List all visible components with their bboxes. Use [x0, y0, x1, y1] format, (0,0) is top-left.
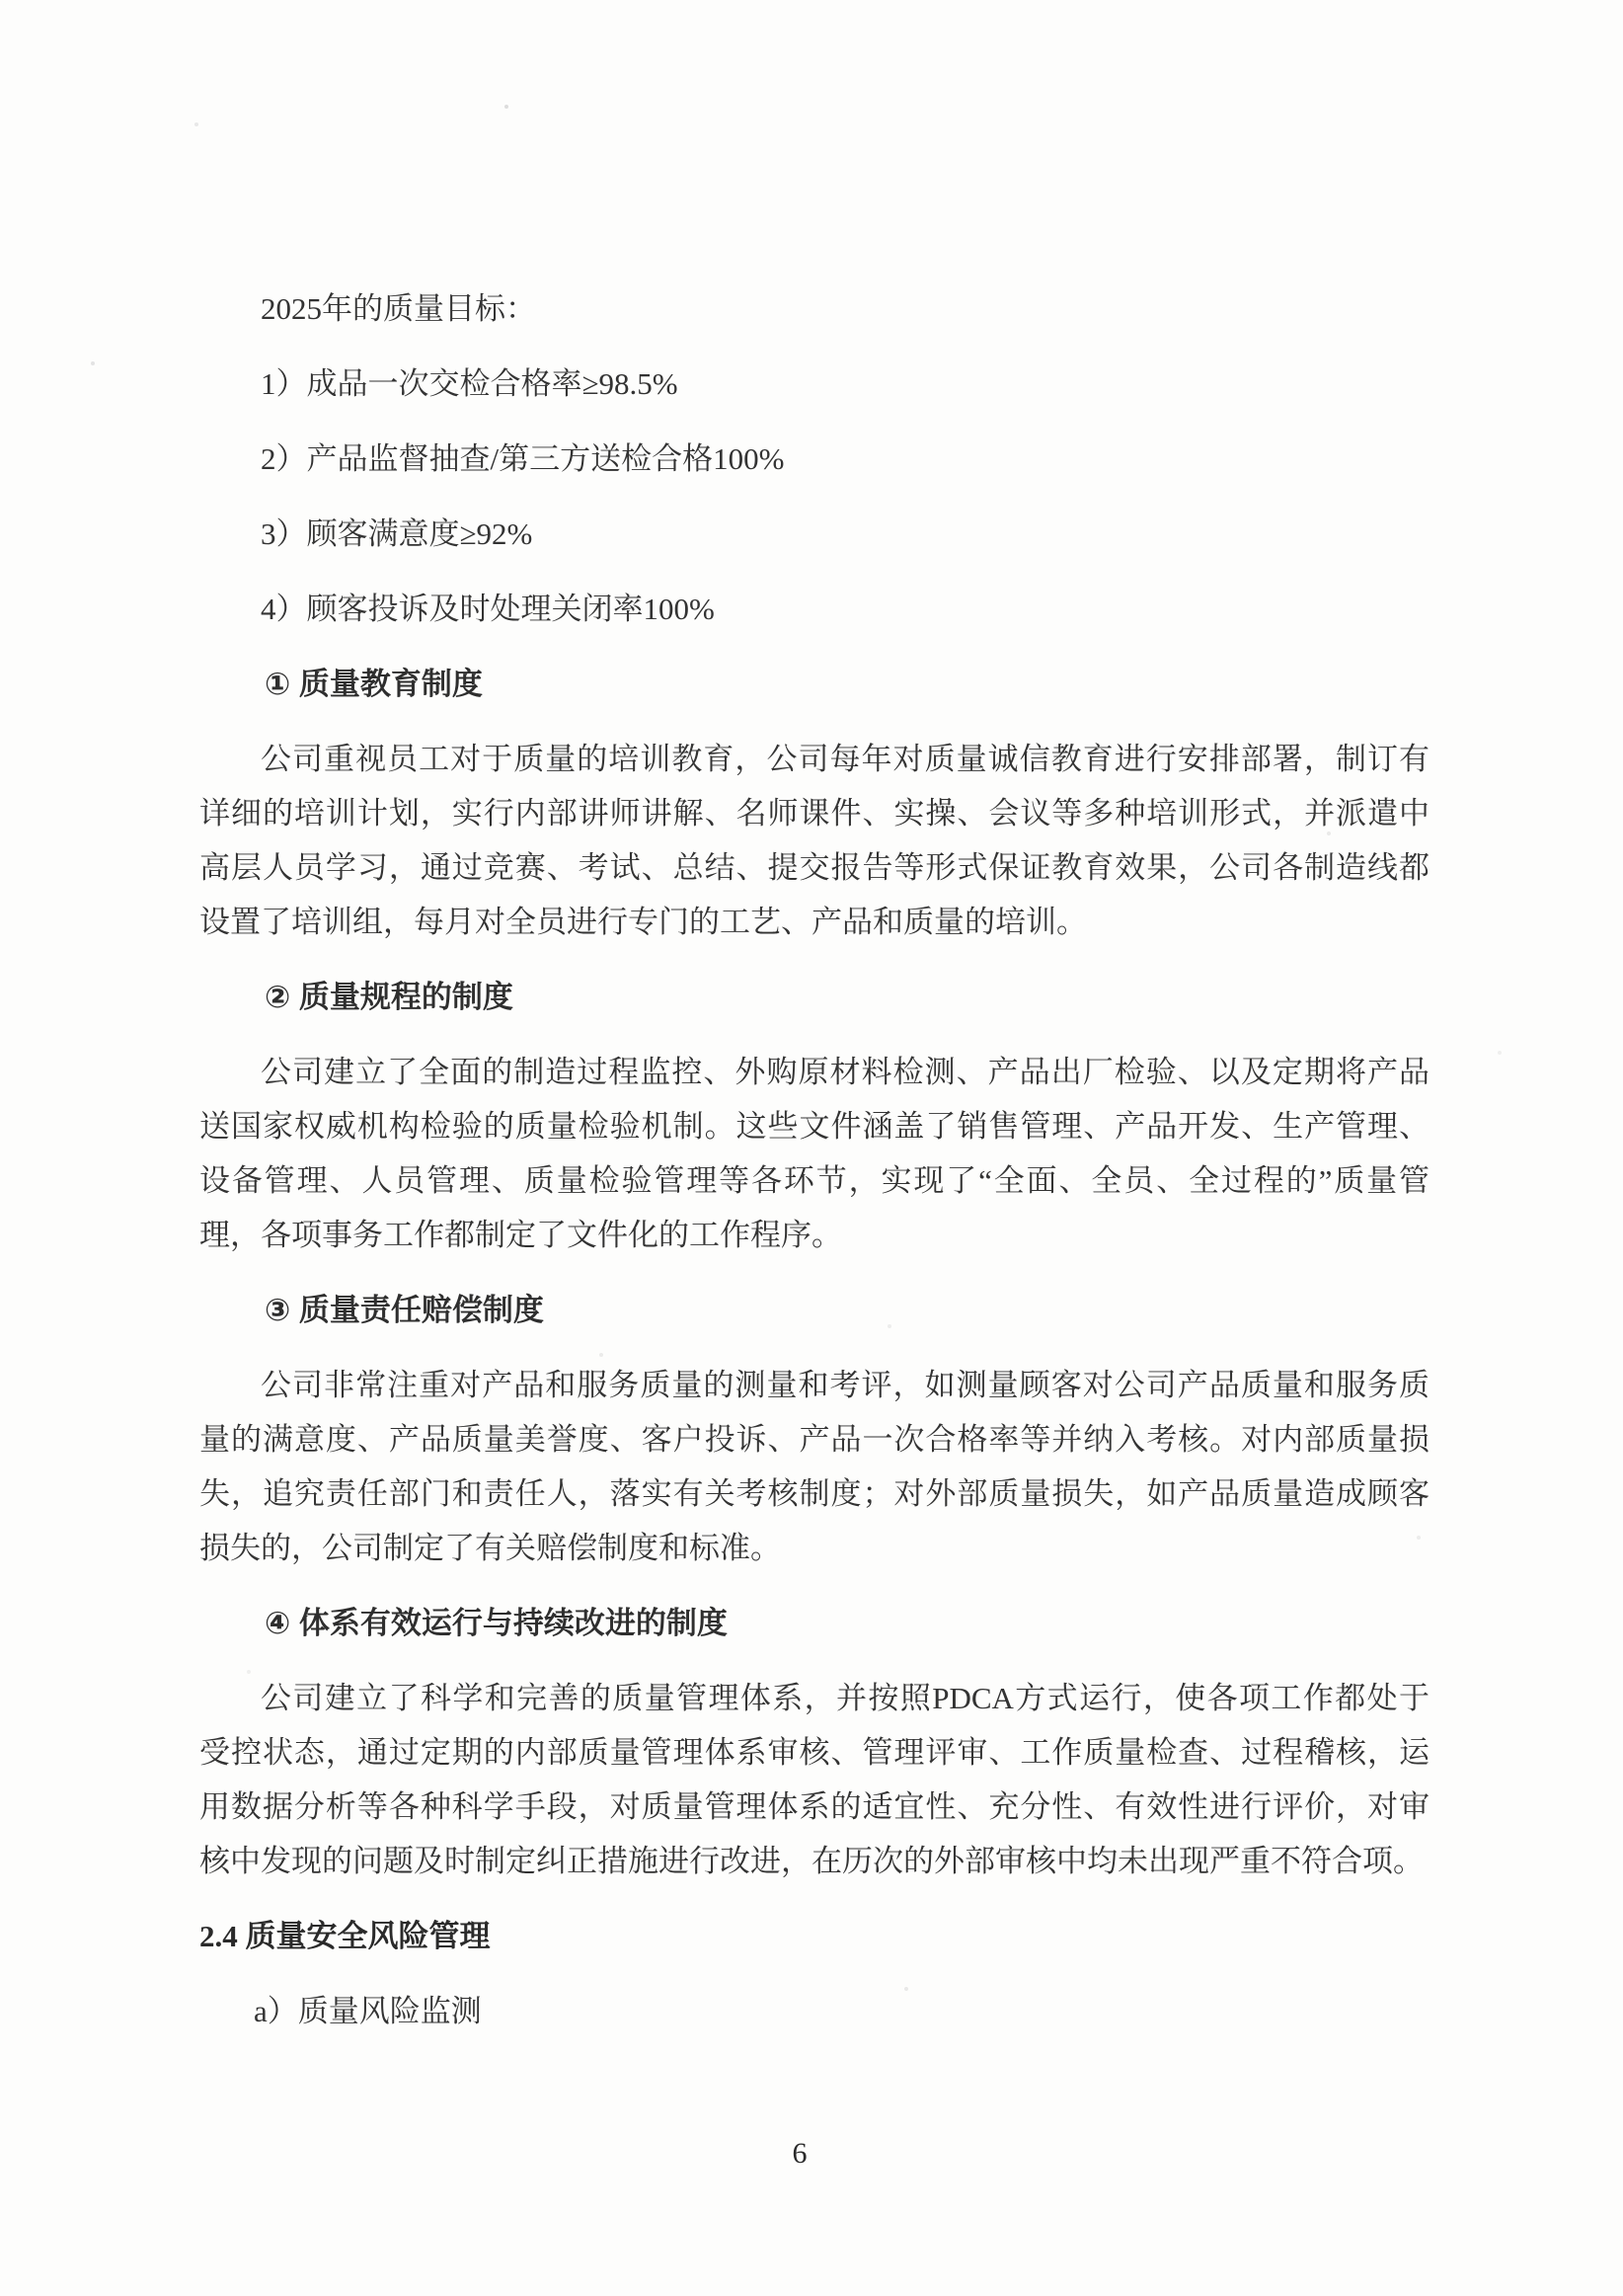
paragraph-line: 失，追究责任部门和责任人，落实有关考核制度；对外部质量损失，如产品质量造成顾客 [199, 1466, 1430, 1521]
goal-item-1: 1）成品一次交检合格率≥98.5% [199, 356, 1430, 411]
section-1-paragraph: 公司重视员工对于质量的培训教育，公司每年对质量诚信教育进行安排部署，制订有 详细… [199, 732, 1430, 949]
page-number: 6 [770, 2126, 829, 2180]
paragraph-line: 理，各项事务工作都制定了文件化的工作程序。 [199, 1208, 1430, 1262]
section-1-heading: ① 质量教育制度 [199, 657, 1430, 711]
paragraph-line: 设备管理、人员管理、质量检验管理等各环节，实现了“全面、全员、全过程的”质量管 [199, 1153, 1430, 1208]
goal-item-2: 2）产品监督抽查/第三方送检合格100% [199, 432, 1430, 486]
paragraph-line: 量的满意度、产品质量美誉度、客户投诉、产品一次合格率等并纳入考核。对内部质量损 [199, 1412, 1430, 1466]
paragraph-line: 公司建立了全面的制造过程监控、外购原材料检测、产品出厂检验、以及定期将产品 [199, 1045, 1430, 1099]
section-4-paragraph: 公司建立了科学和完善的质量管理体系，并按照PDCA方式运行，使各项工作都处于 受… [199, 1671, 1430, 1888]
paragraph-line: 高层人员学习，通过竞赛、考试、总结、提交报告等形式保证教育效果，公司各制造线都 [199, 840, 1430, 895]
document-content: 2025年的质量目标： 1）成品一次交检合格率≥98.5% 2）产品监督抽查/第… [199, 281, 1430, 2059]
paragraph-line: 公司非常注重对产品和服务质量的测量和考评，如测量顾客对公司产品质量和服务质 [199, 1358, 1430, 1412]
paragraph-line: 详细的培训计划，实行内部讲师讲解、名师课件、实操、会议等多种培训形式，并派遣中 [199, 786, 1430, 840]
paragraph-line: 受控状态，通过定期的内部质量管理体系审核、管理评审、工作质量检查、过程稽核，运 [199, 1725, 1430, 1780]
paragraph-line: 核中发现的问题及时制定纠正措施进行改进，在历次的外部审核中均未出现严重不符合项。 [199, 1834, 1430, 1888]
goal-item-4: 4）顾客投诉及时处理关闭率100% [199, 582, 1430, 636]
paragraph-line: 公司建立了科学和完善的质量管理体系，并按照PDCA方式运行，使各项工作都处于 [199, 1671, 1430, 1725]
section-4-heading: ④ 体系有效运行与持续改进的制度 [199, 1596, 1430, 1650]
document-page: 2025年的质量目标： 1）成品一次交检合格率≥98.5% 2）产品监督抽查/第… [0, 0, 1623, 2296]
paragraph-line: 用数据分析等各种科学手段，对质量管理体系的适宜性、充分性、有效性进行评价，对审 [199, 1780, 1430, 1834]
paragraph-line: 公司重视员工对于质量的培训教育，公司每年对质量诚信教育进行安排部署，制订有 [199, 732, 1430, 786]
paragraph-line: 损失的，公司制定了有关赔偿制度和标准。 [199, 1521, 1430, 1575]
section-3-paragraph: 公司非常注重对产品和服务质量的测量和考评，如测量顾客对公司产品质量和服务质 量的… [199, 1358, 1430, 1575]
paragraph-line: 送国家权威机构检验的质量检验机制。这些文件涵盖了销售管理、产品开发、生产管理、 [199, 1099, 1430, 1153]
intro-line: 2025年的质量目标： [199, 281, 1430, 336]
goal-item-3: 3）顾客满意度≥92% [199, 507, 1430, 561]
paragraph-line: 设置了培训组，每月对全员进行专门的工艺、产品和质量的培训。 [199, 895, 1430, 949]
subsection-heading: 2.4 质量安全风险管理 [199, 1909, 1430, 1963]
section-2-heading: ② 质量规程的制度 [199, 970, 1430, 1024]
subsection-item: a）质量风险监测 [199, 1984, 1430, 2038]
section-3-heading: ③ 质量责任赔偿制度 [199, 1283, 1430, 1337]
section-2-paragraph: 公司建立了全面的制造过程监控、外购原材料检测、产品出厂检验、以及定期将产品 送国… [199, 1045, 1430, 1262]
paper-speckles [0, 0, 2, 2]
